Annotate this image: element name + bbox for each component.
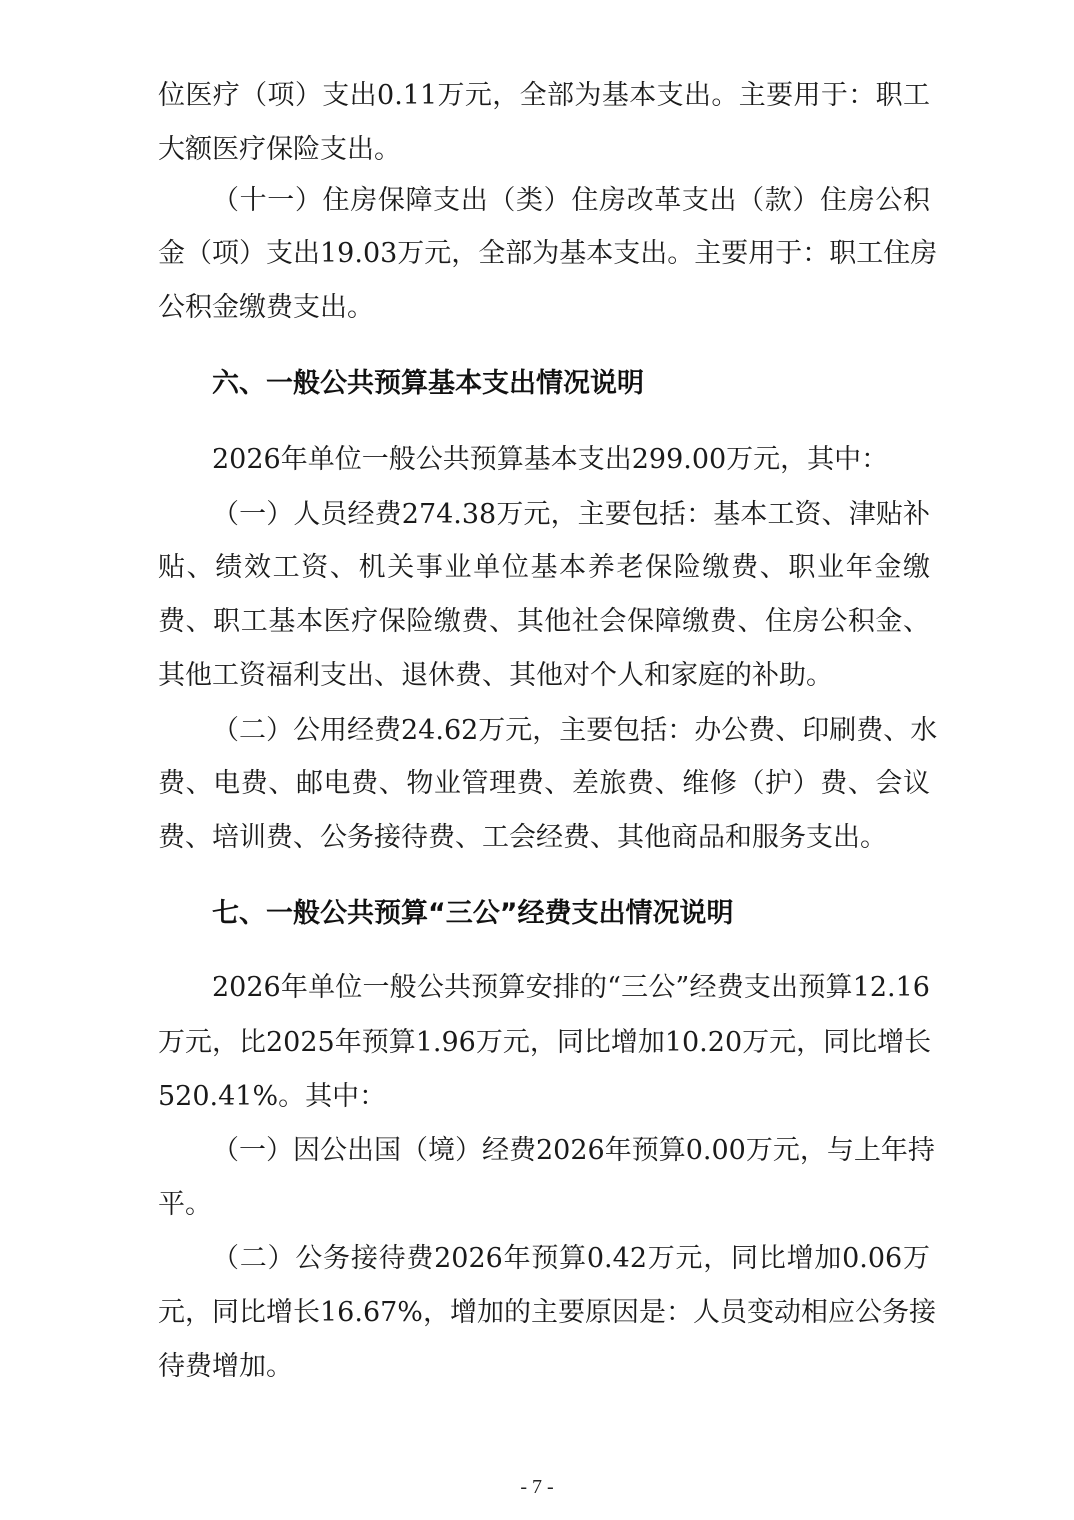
document-page: 位医疗（项）支出0.11万元，全部为基本支出。主要用于：职工 大额医疗保险支出。… xyxy=(0,0,1074,1520)
paragraph-line: 平。 xyxy=(158,1185,930,1225)
section-heading: 六、一般公共预算基本支出情况说明 xyxy=(212,362,644,406)
paragraph-line: 位医疗（项）支出0.11万元，全部为基本支出。主要用于：职工 xyxy=(158,76,930,116)
paragraph-line: （一）人员经费274.38万元，主要包括：基本工资、津贴补 xyxy=(212,495,930,535)
paragraph-line: 贴、绩效工资、机关事业单位基本养老保险缴费、职业年金缴 xyxy=(158,548,930,588)
paragraph-line: （十一）住房保障支出（类）住房改革支出（款）住房公积 xyxy=(212,181,930,221)
paragraph-line: 2026年单位一般公共预算安排的“三公”经费支出预算12.16 xyxy=(212,968,930,1008)
paragraph-line: 费、职工基本医疗保险缴费、其他社会保障缴费、住房公积金、 xyxy=(158,602,930,642)
paragraph-line: 大额医疗保险支出。 xyxy=(158,130,930,170)
paragraph-line: （二）公用经费24.62万元，主要包括：办公费、印刷费、水 xyxy=(212,711,930,751)
paragraph-line: 费、培训费、公务接待费、工会经费、其他商品和服务支出。 xyxy=(158,818,930,858)
paragraph-line: 520.41%。其中： xyxy=(158,1077,930,1117)
page-number: - 7 - xyxy=(0,1476,1074,1499)
paragraph-line: 待费增加。 xyxy=(158,1347,930,1387)
paragraph-line: 万元，比2025年预算1.96万元，同比增加10.20万元，同比增长 xyxy=(158,1023,930,1063)
paragraph-line: 元，同比增长16.67%，增加的主要原因是：人员变动相应公务接 xyxy=(158,1293,930,1333)
section-heading: 七、一般公共预算“三公”经费支出情况说明 xyxy=(212,892,734,936)
paragraph-line: 2026年单位一般公共预算基本支出299.00万元，其中： xyxy=(212,440,930,480)
paragraph-line: 其他工资福利支出、退休费、其他对个人和家庭的补助。 xyxy=(158,656,930,696)
paragraph-line: 费、电费、邮电费、物业管理费、差旅费、维修（护）费、会议 xyxy=(158,764,930,804)
paragraph-line: 公积金缴费支出。 xyxy=(158,288,930,328)
paragraph-line: （一）因公出国（境）经费2026年预算0.00万元，与上年持 xyxy=(212,1131,930,1171)
paragraph-line: 金（项）支出19.03万元，全部为基本支出。主要用于：职工住房 xyxy=(158,234,930,274)
paragraph-line: （二）公务接待费2026年预算0.42万元，同比增加0.06万 xyxy=(212,1239,930,1279)
